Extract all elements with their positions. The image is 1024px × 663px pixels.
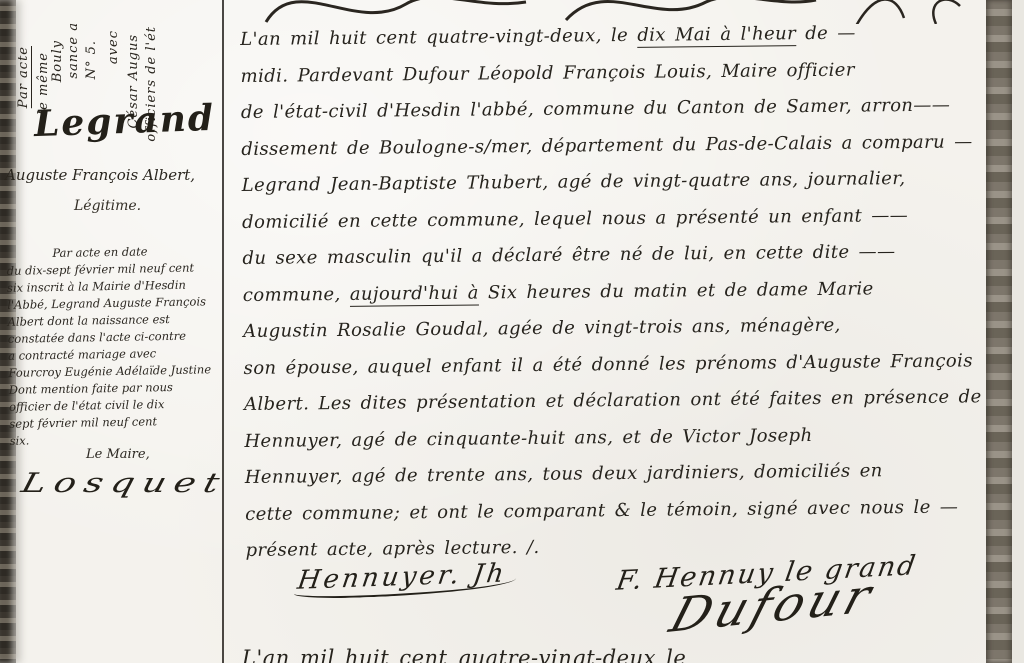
rotated-note: Bouly <box>50 40 65 82</box>
rotated-note: avec <box>106 30 121 64</box>
witness-signature: Hennuyer. Jh <box>293 558 519 600</box>
marriage-mention-note: Par acte en datedu dix-sept février mil … <box>6 242 222 450</box>
page-edge <box>1012 0 1024 663</box>
margin-divider-rule <box>222 0 224 663</box>
legitimacy-note: Légitime. <box>74 198 141 214</box>
maire-label: Le Maire, <box>86 447 150 462</box>
rotated-note: N° 5. <box>84 40 99 79</box>
child-given-names: Auguste François Albert, <box>5 166 195 184</box>
next-act-partial: L'an mil huit cent quatre-vingt-deux le <box>242 646 686 663</box>
page-gutter-band <box>986 0 1012 663</box>
rotated-note: Par acte <box>16 46 31 108</box>
act-line: du sexe masculin qu'il a déclaré être né… <box>242 233 990 277</box>
child-surname: Legrand <box>33 97 215 145</box>
maire-signature: Losquet <box>18 468 230 499</box>
act-text: L'an mil huit cent quatre-vingt-deux, le… <box>240 14 994 569</box>
underlined-passage: dix Mai à l'heur <box>637 23 796 48</box>
rotated-note: sance a <box>66 22 81 79</box>
act-line: cette commune; et ont le comparant & le … <box>245 489 993 533</box>
scanned-birth-record-page: { "document": { "margin": { "rotated_not… <box>0 0 1024 663</box>
act-body: L'an mil huit cent quatre-vingt-deux, le… <box>236 0 988 663</box>
underlined-passage: aujourd'hui à <box>350 282 479 306</box>
